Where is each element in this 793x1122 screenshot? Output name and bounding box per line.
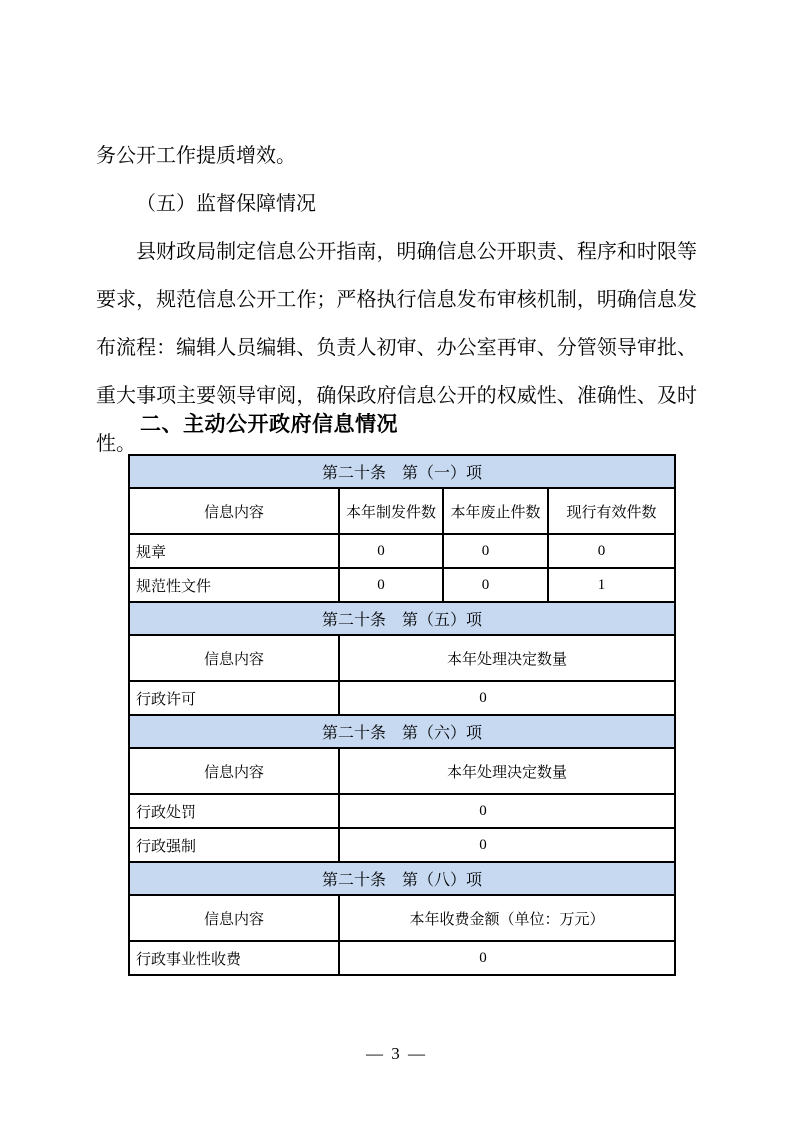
table-row: 行政处罚 0 <box>129 794 675 828</box>
section-band-label: 第二十条 第（八）项 <box>129 862 675 895</box>
table-row: 信息内容 本年处理决定数量 <box>129 635 675 681</box>
page-number: — 3 — <box>0 1044 793 1064</box>
document-page: 务公开工作提质增效。 （五）监督保障情况 县财政局制定信息公开指南，明确信息公开… <box>0 0 793 1122</box>
table-row: 第二十条 第（六）项 <box>129 715 675 748</box>
table-row: 信息内容 本年收费金额（单位：万元） <box>129 895 675 941</box>
row-label: 行政许可 <box>129 681 339 715</box>
table-row: 行政许可 0 <box>129 681 675 715</box>
row-label: 行政事业性收费 <box>129 941 339 975</box>
section-band-label: 第二十条 第（六）项 <box>129 715 675 748</box>
cell-value: 1 <box>548 568 675 602</box>
table-row: 第二十条 第（八）项 <box>129 862 675 895</box>
table-row: 规范性文件 0 0 1 <box>129 568 675 602</box>
paragraph-subheading: （五）监督保障情况 <box>96 180 697 228</box>
column-header: 信息内容 <box>129 488 339 534</box>
section-band-label: 第二十条 第（五）项 <box>129 602 675 635</box>
cell-value: 0 <box>339 568 443 602</box>
table-row: 第二十条 第（五）项 <box>129 602 675 635</box>
row-label: 行政处罚 <box>129 794 339 828</box>
cell-value: 0 <box>339 794 675 828</box>
column-header: 本年废止件数 <box>443 488 548 534</box>
cell-value: 0 <box>443 568 548 602</box>
column-header: 本年处理决定数量 <box>339 748 675 794</box>
column-header: 信息内容 <box>129 635 339 681</box>
table-row: 行政强制 0 <box>129 828 675 862</box>
column-header: 现行有效件数 <box>548 488 675 534</box>
cell-value: 0 <box>339 681 675 715</box>
column-header: 本年制发件数 <box>339 488 443 534</box>
column-header: 信息内容 <box>129 895 339 941</box>
column-header: 信息内容 <box>129 748 339 794</box>
section-heading: 二、主动公开政府信息情况 <box>140 410 398 440</box>
table-row: 规章 0 0 0 <box>129 534 675 568</box>
column-header: 本年收费金额（单位：万元） <box>339 895 675 941</box>
section-band-label: 第二十条 第（一）项 <box>129 455 675 488</box>
cell-value: 0 <box>339 941 675 975</box>
cell-value: 0 <box>339 828 675 862</box>
row-label: 行政强制 <box>129 828 339 862</box>
column-header: 本年处理决定数量 <box>339 635 675 681</box>
table-row: 信息内容 本年处理决定数量 <box>129 748 675 794</box>
cell-value: 0 <box>443 534 548 568</box>
table-row: 信息内容 本年制发件数 本年废止件数 现行有效件数 <box>129 488 675 534</box>
paragraph-continuation: 务公开工作提质增效。 <box>96 132 697 180</box>
info-disclosure-table: 第二十条 第（一）项 信息内容 本年制发件数 本年废止件数 现行有效件数 规章 … <box>128 454 676 976</box>
cell-value: 0 <box>548 534 675 568</box>
row-label: 规范性文件 <box>129 568 339 602</box>
table-row: 第二十条 第（一）项 <box>129 455 675 488</box>
table-row: 行政事业性收费 0 <box>129 941 675 975</box>
row-label: 规章 <box>129 534 339 568</box>
cell-value: 0 <box>339 534 443 568</box>
disclosure-table-wrapper: 第二十条 第（一）项 信息内容 本年制发件数 本年废止件数 现行有效件数 规章 … <box>128 454 674 976</box>
